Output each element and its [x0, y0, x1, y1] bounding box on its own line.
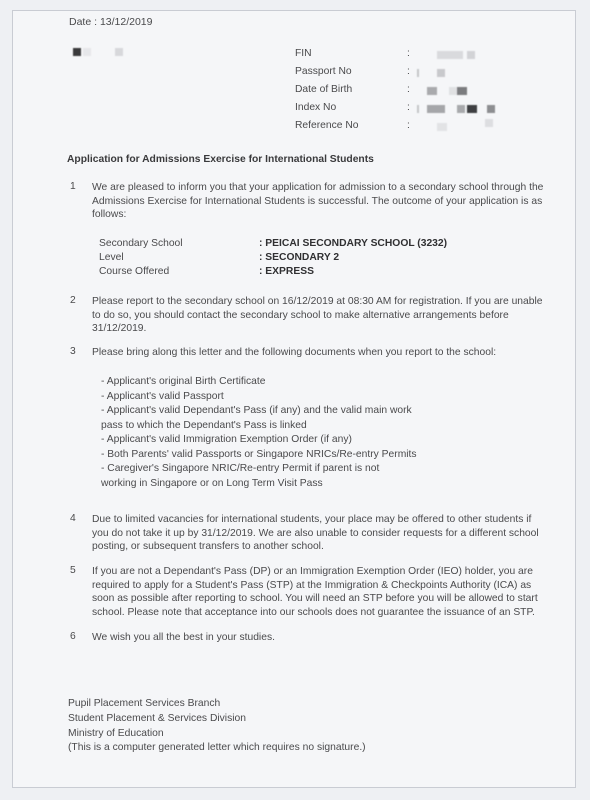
paragraph-number: 6: [70, 631, 76, 642]
detail-label-reference: Reference No: [295, 119, 359, 133]
paragraph-number: 2: [70, 295, 76, 306]
date-label: Date :: [69, 16, 97, 28]
admission-letter: Date : 13/12/2019 FIN Passport No Date o…: [12, 10, 576, 788]
signature-note: (This is a computer generated letter whi…: [68, 741, 366, 755]
signature-ministry: Ministry of Education: [68, 727, 164, 741]
paragraph-text: Please report to the secondary school on…: [92, 295, 570, 336]
detail-label-passport: Passport No: [295, 65, 352, 79]
colon: :: [407, 47, 410, 61]
outcome-value-course: : EXPRESS: [259, 265, 314, 279]
letter-date: Date : 13/12/2019: [69, 15, 153, 29]
outcome-label-level: Level: [99, 251, 124, 265]
paragraph-text: If you are not a Dependant's Pass (DP) o…: [92, 565, 570, 619]
colon: :: [407, 101, 410, 115]
document-item: pass to which the Dependant's Pass is li…: [101, 419, 307, 433]
document-item: - Caregiver's Singapore NRIC/Re-entry Pe…: [101, 462, 379, 476]
paragraph-number: 5: [70, 565, 76, 576]
paragraph-text: Please bring along this letter and the f…: [92, 346, 570, 360]
date-value: 13/12/2019: [100, 16, 153, 28]
document-item: - Both Parents' valid Passports or Singa…: [101, 448, 417, 462]
document-item: working in Singapore or on Long Term Vis…: [101, 477, 323, 491]
document-item: - Applicant's valid Passport: [101, 390, 224, 404]
colon: :: [407, 119, 410, 133]
colon: :: [407, 83, 410, 97]
signature-division: Student Placement & Services Division: [68, 712, 246, 726]
colon: :: [407, 65, 410, 79]
paragraph-number: 4: [70, 513, 76, 524]
document-item: - Applicant's valid Immigration Exemptio…: [101, 433, 352, 447]
document-item: - Applicant's valid Dependant's Pass (if…: [101, 404, 412, 418]
paragraph-text: We are pleased to inform you that your a…: [92, 181, 570, 222]
outcome-value-level: : SECONDARY 2: [259, 251, 339, 265]
paragraph-text: Due to limited vacancies for internation…: [92, 513, 570, 554]
letter-heading: Application for Admissions Exercise for …: [67, 153, 374, 167]
outcome-label-school: Secondary School: [99, 237, 183, 251]
detail-label-dob: Date of Birth: [295, 83, 352, 97]
document-item: - Applicant's original Birth Certificate: [101, 375, 266, 389]
signature-branch: Pupil Placement Services Branch: [68, 697, 220, 711]
paragraph-number: 3: [70, 346, 76, 357]
paragraph-number: 1: [70, 181, 76, 192]
outcome-label-course: Course Offered: [99, 265, 169, 279]
outcome-value-school: : PEICAI SECONDARY SCHOOL (3232): [259, 237, 447, 251]
detail-label-index: Index No: [295, 101, 336, 115]
paragraph-text: We wish you all the best in your studies…: [92, 631, 570, 645]
detail-label-fin: FIN: [295, 47, 312, 61]
